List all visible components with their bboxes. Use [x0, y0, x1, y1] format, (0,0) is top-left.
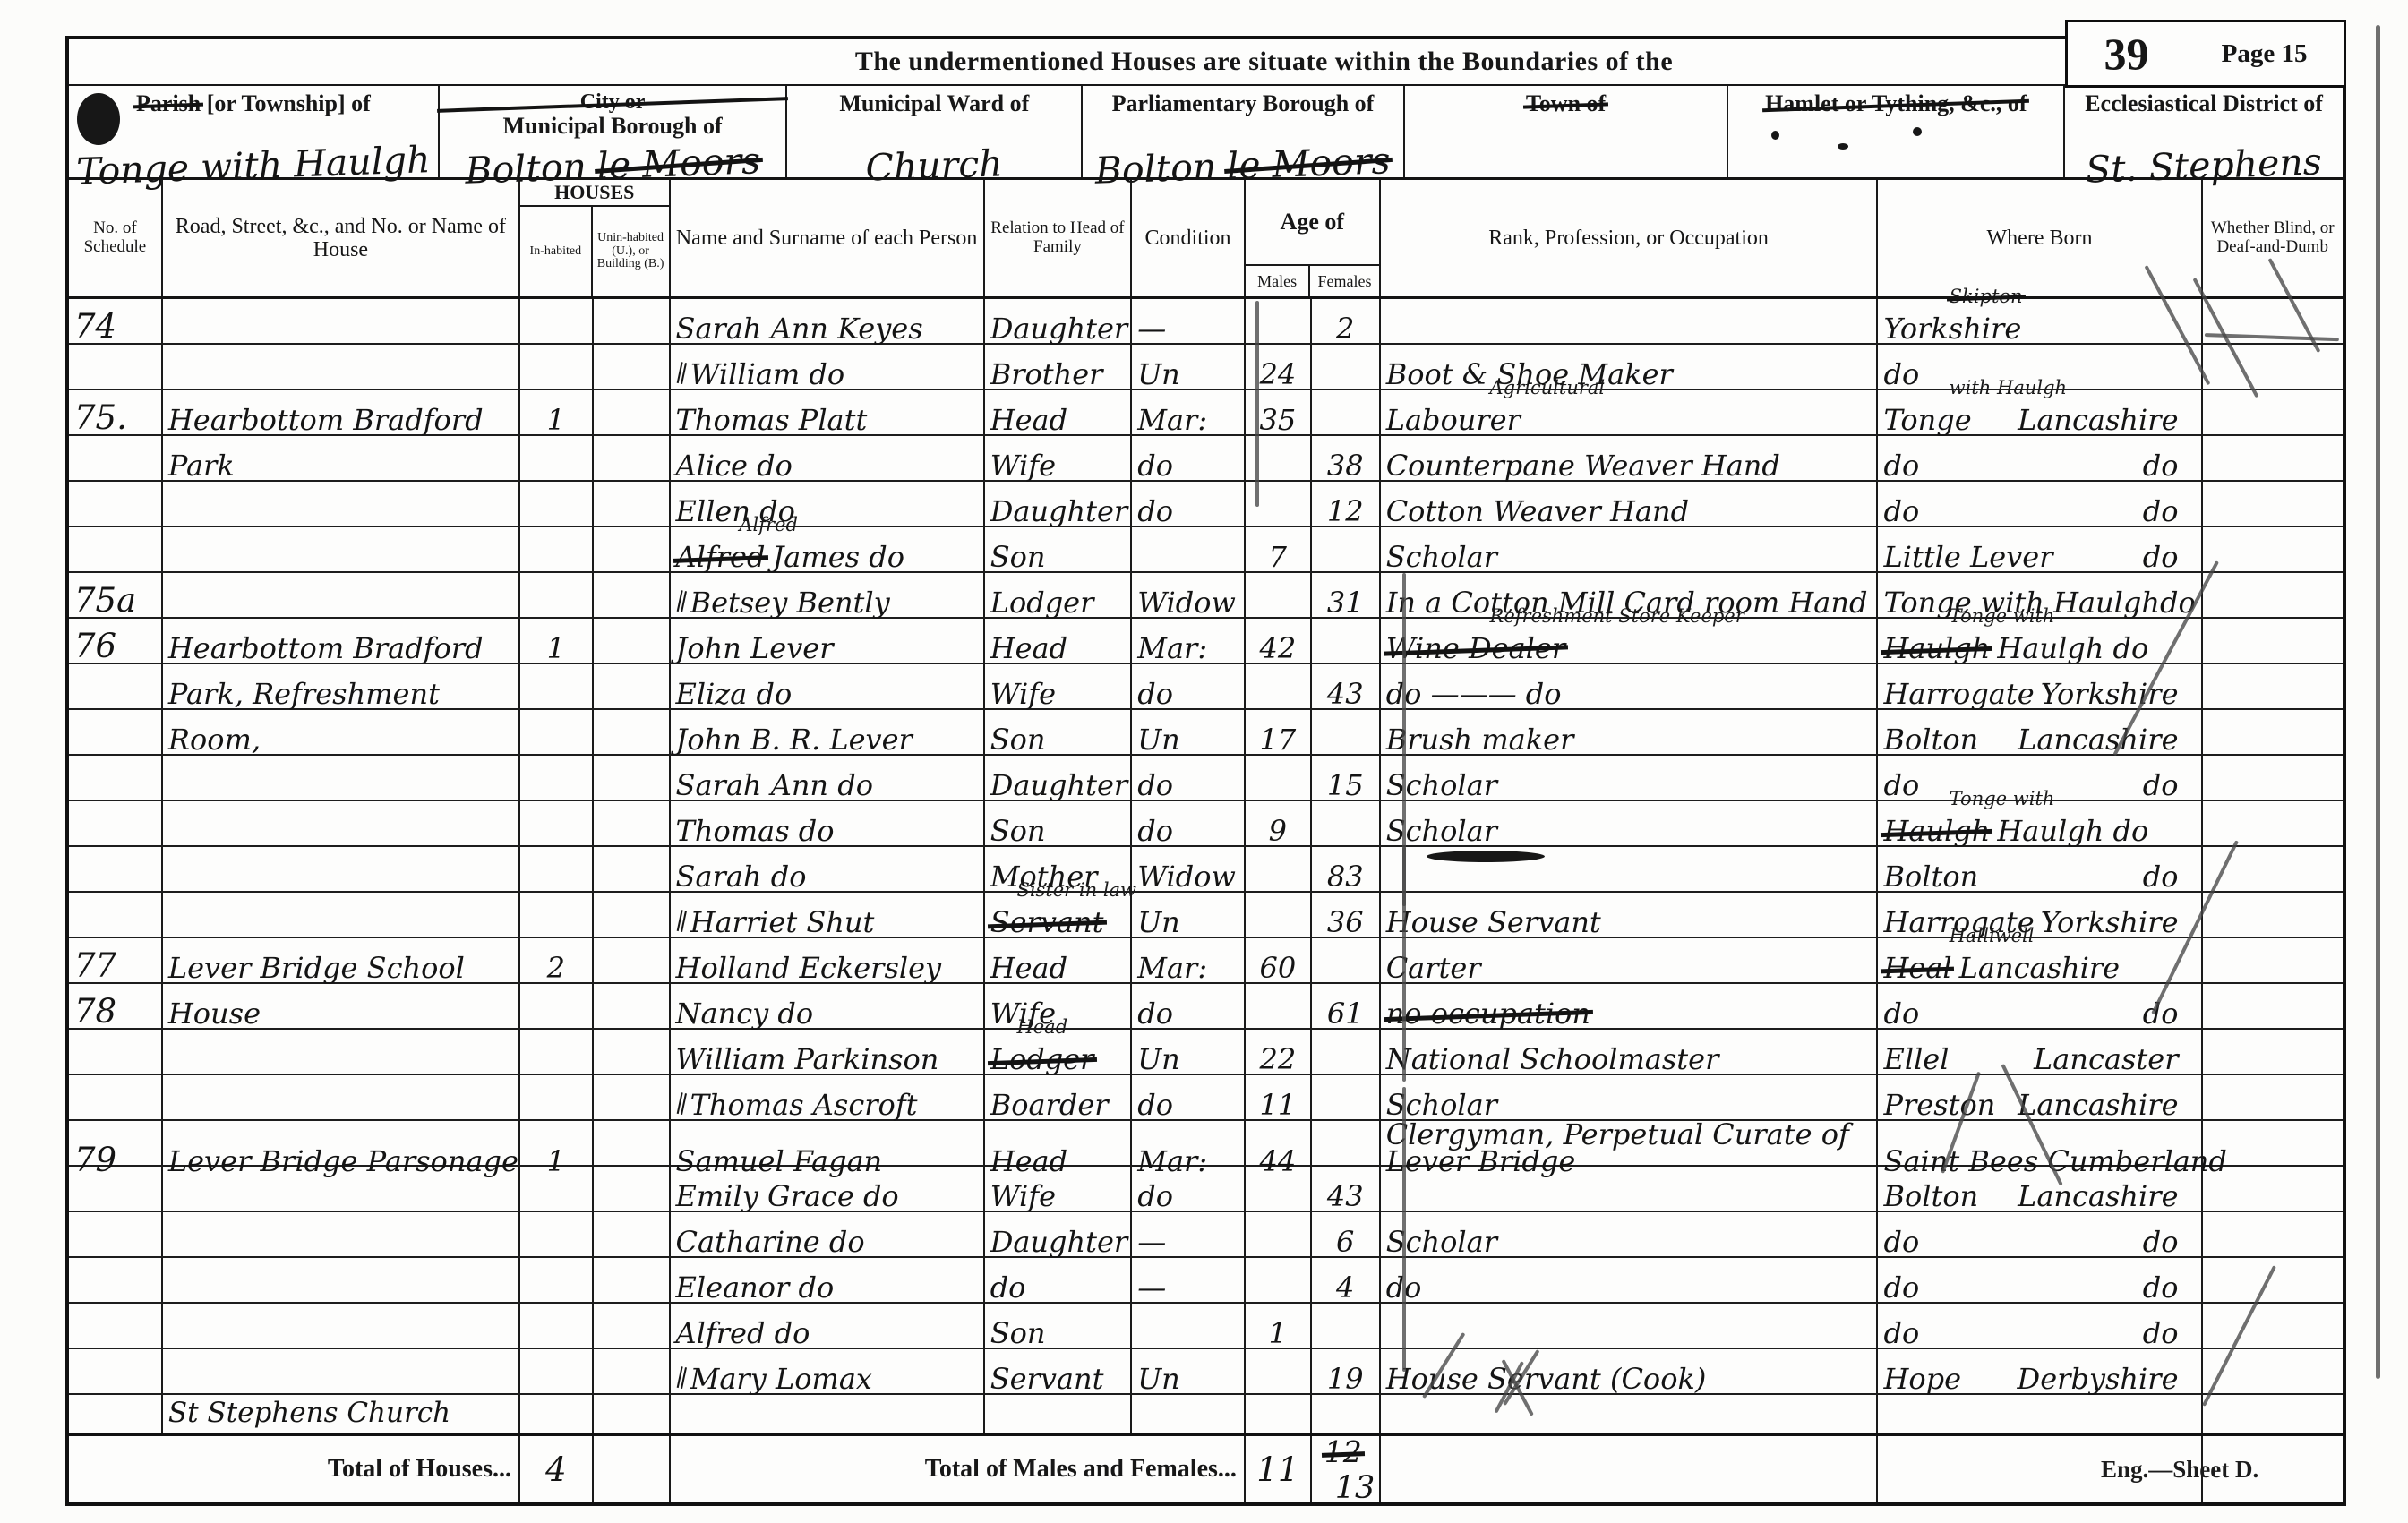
cell-relation: Head — [985, 390, 1133, 434]
cell-age-f: 12 — [1312, 482, 1381, 526]
cell-inh — [520, 1167, 594, 1211]
pencil-mark — [1402, 1087, 1406, 1372]
location-field-label: Parish [or Township] of — [69, 91, 438, 116]
cell-address: House — [163, 984, 520, 1028]
cell-born: BoltonLancashire — [1878, 1167, 2202, 1211]
cell-uninh — [594, 847, 671, 891]
church-note: St Stephens Church — [163, 1395, 520, 1433]
cell-disability — [2203, 1212, 2343, 1256]
cell-condition: — — [1132, 299, 1246, 343]
cell-schedule: 75a — [69, 573, 163, 617]
cell-schedule — [69, 710, 163, 754]
table-row: Ellen doDaughterdo12Cotton Weaver Handdo… — [69, 482, 2343, 527]
table-row: Emily Grace doWifedo43BoltonLancashire — [69, 1167, 2343, 1212]
col-relation: Relation to Head of Family — [985, 180, 1133, 296]
table-row: Eleanor dodo—4dododo — [69, 1258, 2343, 1304]
cell-uninh — [594, 527, 671, 571]
cell-relation: Son — [985, 710, 1133, 754]
cell-address — [163, 1258, 520, 1302]
col-condition: Condition — [1132, 180, 1246, 296]
cell-name: William Parkinson — [671, 1030, 985, 1074]
table-row: 78HouseNancy doWifedo61no occupationdodo — [69, 984, 2343, 1030]
cell-disability — [2203, 710, 2343, 754]
cell-disability — [2203, 1258, 2343, 1302]
ink-blot — [77, 93, 120, 145]
cell-inh: 1 — [520, 390, 594, 434]
col-houses-group: HOUSES In-habited Unin-habited (U.), or … — [520, 180, 671, 296]
cell-condition: do — [1132, 984, 1246, 1028]
cell-name: Nancy do — [671, 984, 985, 1028]
cell-age-f — [1312, 390, 1381, 434]
cell-condition: do — [1132, 801, 1246, 845]
location-field-2: Municipal Ward ofChurch — [787, 86, 1083, 177]
cell-condition: — — [1132, 1258, 1246, 1302]
totals-row: Total of Houses... 4 Total of Males and … — [69, 1436, 2343, 1502]
cell-born: BoltonLancashire — [1878, 710, 2202, 754]
cell-address — [163, 482, 520, 526]
cell-relation: do — [985, 1258, 1133, 1302]
cell-relation: Daughter — [985, 299, 1133, 343]
cell-occupation: Cotton Weaver Hand — [1381, 482, 1879, 526]
col-females: Females — [1310, 266, 1378, 296]
cell-inh — [520, 573, 594, 617]
cell-age-m — [1246, 1349, 1312, 1393]
cell-uninh — [594, 1395, 671, 1433]
cell-schedule — [69, 1030, 163, 1074]
cell-schedule — [69, 847, 163, 891]
cell-address — [163, 1304, 520, 1348]
cell-uninh — [594, 1349, 671, 1393]
census-table-frame: The undermentioned Houses are situate wi… — [65, 36, 2346, 1506]
total-males-value: 11 — [1256, 1450, 1298, 1489]
col-age: Age of — [1246, 180, 1379, 264]
cell-occupation: Boot & Shoe Maker — [1381, 345, 1879, 389]
cell-uninh — [594, 893, 671, 937]
cell-uninh — [594, 801, 671, 845]
sheet-number: 39 — [2104, 28, 2149, 80]
location-field-label: Parliamentary Borough of — [1083, 91, 1402, 116]
cell-name: Eleanor do — [671, 1258, 985, 1302]
cell-disability — [2203, 619, 2343, 663]
cell-age-m — [1246, 1212, 1312, 1256]
cell-inh — [520, 1212, 594, 1256]
cell-schedule: 77 — [69, 938, 163, 982]
cell-name: Alice do — [671, 436, 985, 480]
cell-disability — [2203, 1304, 2343, 1348]
cell-address — [163, 299, 520, 343]
cell-age-m — [1246, 664, 1312, 708]
cell-occupation: Brush maker — [1381, 710, 1879, 754]
cell-age-f — [1312, 619, 1381, 663]
cell-born: Tonge withHaulghHaulgh do — [1878, 619, 2202, 663]
cell-occupation: AgriculturalLabourer — [1381, 390, 1879, 434]
cell-age-f — [1312, 1030, 1381, 1074]
cell-born: dodo — [1878, 1304, 2202, 1348]
table-row: ∥Mary LomaxServantUn19House Servant (Coo… — [69, 1349, 2343, 1395]
cell-relation — [985, 1395, 1133, 1433]
cell-age-f: 43 — [1312, 1167, 1381, 1211]
cell-schedule: 76 — [69, 619, 163, 663]
cell-relation: Wife — [985, 436, 1133, 480]
cell-occupation: House Servant — [1381, 893, 1879, 937]
cell-uninh — [594, 938, 671, 982]
cell-age-f — [1312, 1075, 1381, 1119]
cell-age-m: 1 — [1246, 1304, 1312, 1348]
cell-name: ∥William do — [671, 345, 985, 389]
cell-relation: Lodger — [985, 573, 1133, 617]
cell-name — [671, 1395, 985, 1433]
cell-schedule: 74 — [69, 299, 163, 343]
table-row: AlfredAlfredJames doSon7ScholarLittle Le… — [69, 527, 2343, 573]
cell-age-f: 61 — [1312, 984, 1381, 1028]
cell-born: Boltondo — [1878, 847, 2202, 891]
cell-schedule — [69, 1304, 163, 1348]
cell-age-m — [1246, 1258, 1312, 1302]
sheet-footer: Eng.—Sheet D. — [2101, 1456, 2258, 1484]
cell-address: Park — [163, 436, 520, 480]
location-field-1: City orMunicipal Borough ofBoltonle Moor… — [440, 86, 787, 177]
cell-uninh — [594, 299, 671, 343]
total-females-cell: 12 13 — [1312, 1436, 1381, 1502]
cell-condition — [1132, 527, 1246, 571]
cell-disability — [2203, 664, 2343, 708]
cell-inh — [520, 482, 594, 526]
cell-uninh — [594, 1258, 671, 1302]
cell-inh: 1 — [520, 619, 594, 663]
cell-condition: do — [1132, 664, 1246, 708]
total-females-struck: 12 — [1324, 1434, 1362, 1469]
cell-occupation — [1381, 299, 1879, 343]
cell-schedule — [69, 1258, 163, 1302]
cell-schedule — [69, 893, 163, 937]
cell-age-f — [1312, 1304, 1381, 1348]
cell-disability — [2203, 984, 2343, 1028]
cell-age-f: 4 — [1312, 1258, 1381, 1302]
cell-uninh — [594, 1030, 671, 1074]
cell-born: PrestonLancashire — [1878, 1075, 2202, 1119]
cell-occupation: Scholar — [1381, 801, 1879, 845]
cell-relation: HeadLodger — [985, 1030, 1133, 1074]
cell-address — [163, 573, 520, 617]
cell-condition: do — [1132, 436, 1246, 480]
cell-disability — [2203, 938, 2343, 982]
cell-relation: Wife — [985, 664, 1133, 708]
col-road: Road, Street, &c., and No. or Name of Ho… — [163, 180, 520, 296]
cell-inh — [520, 1395, 594, 1433]
cell-disability — [2203, 893, 2343, 937]
location-field-4: Town of — [1405, 86, 1729, 177]
cell-schedule — [69, 1075, 163, 1119]
cell-born: dodo — [1878, 482, 2202, 526]
cell-name: Alfred do — [671, 1304, 985, 1348]
cell-name: Holland Eckersley — [671, 938, 985, 982]
location-field-label: Hamlet or Tything, &c., of — [1728, 91, 2063, 116]
table-row: ParkAlice doWifedo38Counterpane Weaver H… — [69, 436, 2343, 482]
cell-age-f: 15 — [1312, 756, 1381, 800]
cell-address: Hearbottom Bradford — [163, 390, 520, 434]
location-field-label: Municipal Ward of — [787, 91, 1081, 116]
cell-address — [163, 893, 520, 937]
cell-name: ∥Harriet Shut — [671, 893, 985, 937]
cell-name: Sarah Ann Keyes — [671, 299, 985, 343]
cell-occupation: Carter — [1381, 938, 1879, 982]
cell-relation: Sister in lawServant — [985, 893, 1133, 937]
cell-disability — [2203, 390, 2343, 434]
cell-inh — [520, 801, 594, 845]
location-field-0: Parish [or Township] ofTonge with Haulgh — [69, 86, 440, 177]
cell-condition: Un — [1132, 345, 1246, 389]
cell-uninh — [594, 436, 671, 480]
total-males-cell: 11 — [1246, 1436, 1312, 1502]
cell-born: with HaulghTongeLancashire — [1878, 390, 2202, 434]
location-field-label: City orMunicipal Borough of — [440, 91, 785, 138]
cell-age-f — [1312, 527, 1381, 571]
cell-schedule — [69, 527, 163, 571]
cell-schedule: 75. — [69, 390, 163, 434]
cell-occupation: no occupation — [1381, 984, 1879, 1028]
cell-age-m — [1246, 893, 1312, 937]
location-field-5: Hamlet or Tything, &c., of — [1728, 86, 2065, 177]
cell-disability — [2203, 1030, 2343, 1074]
table-row: William ParkinsonHeadLodgerUn22National … — [69, 1030, 2343, 1075]
ink-blot — [1771, 131, 1779, 140]
cell-name: ∥Betsey Bently — [671, 573, 985, 617]
cell-born: dodo — [1878, 436, 2202, 480]
cell-condition — [1132, 1395, 1246, 1433]
cell-uninh — [594, 1304, 671, 1348]
cell-name: John B. R. Lever — [671, 710, 985, 754]
cell-condition: do — [1132, 1167, 1246, 1211]
cell-born: HarrogateYorkshire — [1878, 664, 2202, 708]
cell-relation: Son — [985, 801, 1133, 845]
cell-occupation: Refreshment Store KeeperWine Dealer — [1381, 619, 1879, 663]
cell-inh — [520, 345, 594, 389]
cell-name: Sarah Ann do — [671, 756, 985, 800]
cell-occupation: Scholar — [1381, 756, 1879, 800]
cell-relation: Boarder — [985, 1075, 1133, 1119]
total-houses-value-cell: 4 — [520, 1436, 594, 1502]
cell-inh — [520, 1075, 594, 1119]
col-males: Males — [1246, 266, 1310, 296]
cell-disability — [2203, 1075, 2343, 1119]
col-inhabited: In-habited — [520, 207, 593, 296]
cell-born — [1878, 1395, 2202, 1433]
cell-inh — [520, 710, 594, 754]
total-occupation-cell — [1381, 1436, 1879, 1502]
cell-condition: Mar: — [1132, 938, 1246, 982]
table-row: Catharine doDaughter—6Scholardodo — [69, 1212, 2343, 1258]
cell-schedule — [69, 801, 163, 845]
cell-disability — [2203, 1349, 2343, 1393]
total-persons-label: Total of Males and Females... — [925, 1455, 1237, 1484]
cell-born: HalliwellHealLancashire — [1878, 938, 2202, 982]
col-occupation: Rank, Profession, or Occupation — [1381, 180, 1879, 296]
cell-uninh — [594, 1167, 671, 1211]
cell-relation: Servant — [985, 1349, 1133, 1393]
cell-schedule: 78 — [69, 984, 163, 1028]
col-schedule: No. of Schedule — [69, 180, 163, 296]
cell-uninh — [594, 1075, 671, 1119]
table-row: Alfred doSon1dodo — [69, 1304, 2343, 1349]
cell-occupation — [1381, 1304, 1879, 1348]
cell-name: AlfredAlfredJames do — [671, 527, 985, 571]
cell-occupation: National Schoolmaster — [1381, 1030, 1879, 1074]
cell-age-m: 11 — [1246, 1075, 1312, 1119]
cell-address — [163, 847, 520, 891]
cell-schedule — [69, 345, 163, 389]
cell-schedule — [69, 756, 163, 800]
location-field-6: Ecclesiastical District ofSt. Stephens — [2065, 86, 2343, 177]
cell-address — [163, 527, 520, 571]
cell-relation: Brother — [985, 345, 1133, 389]
total-houses-label-cell: Total of Houses... — [69, 1436, 520, 1502]
cell-uninh — [594, 1212, 671, 1256]
cell-born: SkiptonYorkshire — [1878, 299, 2202, 343]
cell-condition: Un — [1132, 1349, 1246, 1393]
cell-address — [163, 801, 520, 845]
cell-inh — [520, 436, 594, 480]
cell-uninh — [594, 984, 671, 1028]
cell-born: HopeDerbyshire — [1878, 1349, 2202, 1393]
cell-inh — [520, 1304, 594, 1348]
col-uninhabited: Unin-habited (U.), or Building (B.) — [593, 207, 669, 296]
cell-inh — [520, 299, 594, 343]
cell-inh — [520, 1258, 594, 1302]
ink-blot — [1427, 851, 1545, 862]
cell-inh — [520, 984, 594, 1028]
cell-disability — [2203, 801, 2343, 845]
cell-address — [163, 1030, 520, 1074]
cell-age-f: 19 — [1312, 1349, 1381, 1393]
cell-inh — [520, 893, 594, 937]
cell-inh — [520, 847, 594, 891]
cell-condition: Un — [1132, 893, 1246, 937]
cell-age-m — [1246, 847, 1312, 891]
cell-age-f: 2 — [1312, 299, 1381, 343]
cell-disability — [2203, 436, 2343, 480]
cell-relation: Daughter — [985, 1212, 1133, 1256]
total-uninhabited-cell — [594, 1436, 671, 1502]
cell-born: dodo — [1878, 1212, 2202, 1256]
cell-address — [163, 345, 520, 389]
cell-address — [163, 1075, 520, 1119]
cell-age-f — [1312, 801, 1381, 845]
cell-condition: do — [1132, 756, 1246, 800]
cell-age-f: 36 — [1312, 893, 1381, 937]
cell-name: Catharine do — [671, 1212, 985, 1256]
total-persons-label-cell: Total of Males and Females... — [671, 1436, 1246, 1502]
cell-address: Hearbottom Bradford — [163, 619, 520, 663]
cell-name: Sarah do — [671, 847, 985, 891]
pencil-mark — [2376, 25, 2380, 1379]
cell-address — [163, 1349, 520, 1393]
cell-age-m — [1246, 984, 1312, 1028]
cell-age-m — [1246, 1395, 1312, 1433]
cell-relation: Son — [985, 1304, 1133, 1348]
cell-uninh — [594, 756, 671, 800]
cell-condition: Un — [1132, 1030, 1246, 1074]
cell-disability — [2203, 756, 2343, 800]
ink-blot — [1838, 143, 1848, 150]
cell-age-f: 6 — [1312, 1212, 1381, 1256]
cell-born: EllelLancaster — [1878, 1030, 2202, 1074]
cell-occupation: Counterpane Weaver Hand — [1381, 436, 1879, 480]
cell-age-m: 7 — [1246, 527, 1312, 571]
cell-uninh — [594, 573, 671, 617]
cell-address: Park, Refreshment — [163, 664, 520, 708]
table-row: 77Lever Bridge School2Holland EckersleyH… — [69, 938, 2343, 984]
cell-occupation: do ——— do — [1381, 664, 1879, 708]
cell-born: HarrogateYorkshire — [1878, 893, 2202, 937]
cell-relation: Head — [985, 938, 1133, 982]
cell-age-m — [1246, 573, 1312, 617]
cell-name: Thomas Platt — [671, 390, 985, 434]
column-headers: No. of Schedule Road, Street, &c., and N… — [69, 180, 2343, 299]
table-body: 74Sarah Ann KeyesDaughter—2SkiptonYorksh… — [69, 299, 2343, 1395]
total-females-value: 13 — [1335, 1470, 1375, 1506]
cell-relation: Head — [985, 619, 1133, 663]
cell-disability — [2203, 1167, 2343, 1211]
cell-occupation — [1381, 1395, 1879, 1433]
cell-schedule — [69, 1212, 163, 1256]
total-houses-label: Total of Houses... — [328, 1455, 511, 1484]
table-row: Sarah doMotherWidow83Boltondo — [69, 847, 2343, 893]
cell-age-m: 22 — [1246, 1030, 1312, 1074]
cell-schedule — [69, 664, 163, 708]
cell-name: Eliza do — [671, 664, 985, 708]
cell-age-f — [1312, 345, 1381, 389]
cell-age-f: 38 — [1312, 436, 1381, 480]
cell-condition: Widow — [1132, 847, 1246, 891]
cell-age-f — [1312, 938, 1381, 982]
cell-address: Lever Bridge School — [163, 938, 520, 982]
note-row: St Stephens Church — [69, 1395, 2343, 1436]
cell-condition: Widow — [1132, 573, 1246, 617]
cell-inh — [520, 527, 594, 571]
cell-occupation: Scholar — [1381, 527, 1879, 571]
cell-condition: Mar: — [1132, 390, 1246, 434]
cell-age-m: 60 — [1246, 938, 1312, 982]
cell-name: John Lever — [671, 619, 985, 663]
cell-schedule — [69, 436, 163, 480]
cell-disability — [2203, 482, 2343, 526]
table-row: Park, RefreshmentEliza doWifedo43do ——— … — [69, 664, 2343, 710]
col-age-group: Age of Males Females — [1246, 180, 1381, 296]
cell-inh: 2 — [520, 938, 594, 982]
banner: The undermentioned Houses are situate wi… — [69, 39, 2343, 86]
col-name: Name and Surname of each Person — [671, 180, 985, 296]
cell-occupation: do — [1381, 1258, 1879, 1302]
cell-address: Room, — [163, 710, 520, 754]
location-field-label: Town of — [1405, 91, 1727, 116]
cell-age-m: 17 — [1246, 710, 1312, 754]
cell-relation: Daughter — [985, 482, 1133, 526]
cell-condition — [1132, 1304, 1246, 1348]
cell-born: dodo — [1878, 1258, 2202, 1302]
cell-condition: do — [1132, 1075, 1246, 1119]
cell-age-m — [1246, 756, 1312, 800]
cell-age-f: 83 — [1312, 847, 1381, 891]
cell-inh — [520, 1349, 594, 1393]
cell-occupation — [1381, 1167, 1879, 1211]
cell-address — [163, 756, 520, 800]
cell-name: ∥Mary Lomax — [671, 1349, 985, 1393]
cell-condition: Mar: — [1132, 619, 1246, 663]
cell-disability — [2203, 527, 2343, 571]
cell-disability — [2203, 573, 2343, 617]
total-houses-value: 4 — [545, 1450, 567, 1489]
cell-disability — [2203, 1395, 2343, 1433]
